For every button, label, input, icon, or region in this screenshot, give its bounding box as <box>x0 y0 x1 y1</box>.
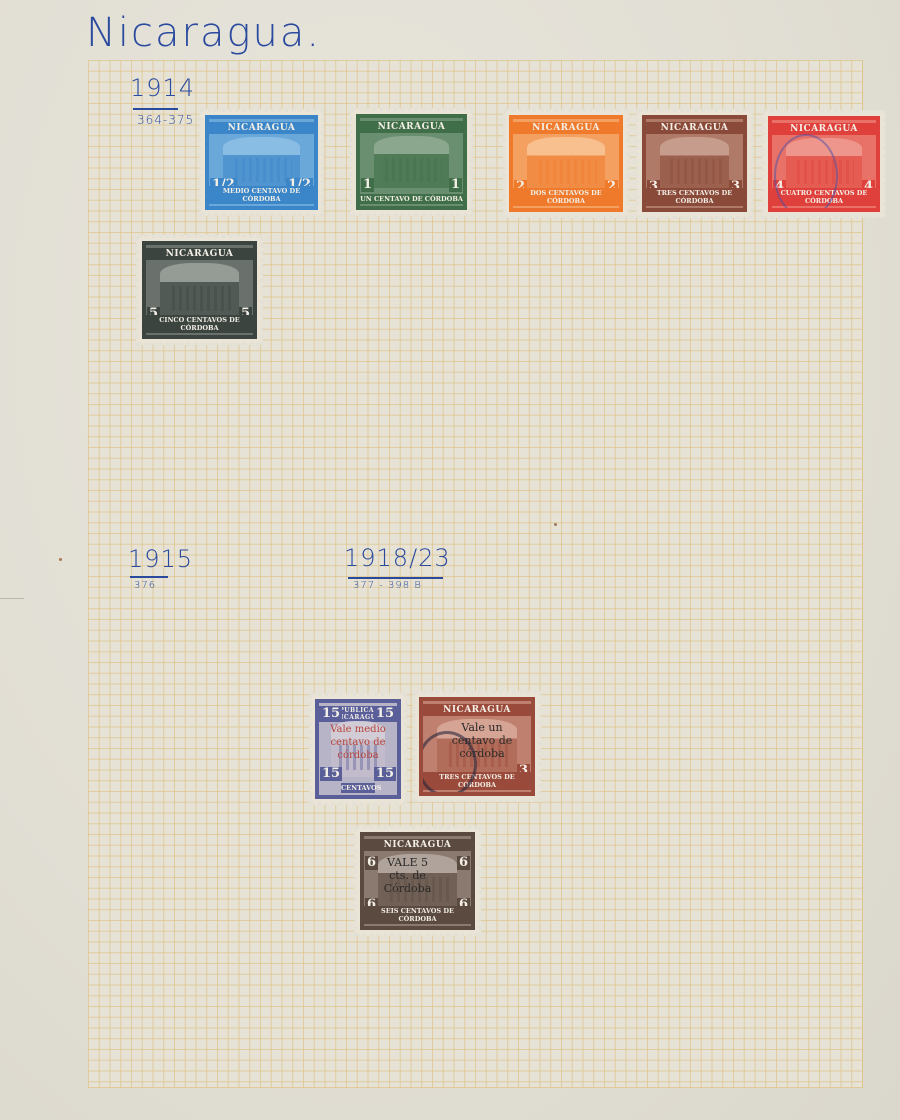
stamp-1914-cuatro-centavos: NICARAGUA 4 4 CUATRO CENTAVOS DE CÓRDOBA <box>762 110 886 218</box>
catalogue-range-1914: 364-375 <box>137 113 194 127</box>
paper-blemish <box>59 558 62 561</box>
stamp-1914-tres-centavos: NICARAGUA 3 3 TRES CENTAVOS DE CÓRDOBA <box>636 109 753 218</box>
stamp-1918-quince-centavos-overprint: REPUBLICA DE NICARAGUA Vale medio centav… <box>309 693 407 805</box>
overprint-text: VALE 5 cts. de Córdoba <box>378 856 437 895</box>
page-title: Nicaragua. <box>86 10 321 56</box>
year-underline <box>133 108 178 110</box>
postmark-cancel <box>419 731 477 796</box>
overprint-text: Vale medio centavo de córdoba <box>319 723 397 762</box>
section-year-1918-23: 1918/23 <box>344 544 451 572</box>
stamp-1918-seis-centavos-overprint: NICARAGUA VALE 5 cts. de Córdoba 6 6 6 6… <box>354 826 481 936</box>
stamp-1914-cinco-centavos: NICARAGUA 5 5 CINCO CENTAVOS DE CÓRDOBA <box>136 235 263 345</box>
postmark-cancel <box>774 134 838 212</box>
stamp-1914-dos-centavos: NICARAGUA 2 2 DOS CENTAVOS DE CÓRDOBA <box>503 109 629 218</box>
section-year-1914: 1914 <box>130 74 195 102</box>
paper-crease <box>0 598 24 599</box>
catalogue-range-1915: 376 <box>134 580 156 591</box>
stamp-1914-half-centavo: NICARAGUA 1/2 1/2 MEDIO CENTAVO DE CÓRDO… <box>199 109 324 216</box>
stamp-1914-un-centavo: NICARAGUA 1 1 UN CENTAVO DE CÓRDOBA <box>350 108 473 216</box>
catalogue-range-1918-23: 377 - 398 B <box>353 580 422 591</box>
stamp-1918-tres-centavos-overprint: NICARAGUA Vale un centavo de córdoba 3 T… <box>413 691 541 802</box>
year-underline <box>348 577 443 579</box>
paper-blemish <box>554 523 557 526</box>
section-year-1915: 1915 <box>128 545 193 573</box>
album-page: Nicaragua. 1914 364-375 1915 376 1918/23… <box>0 0 900 1120</box>
year-underline <box>130 576 168 578</box>
